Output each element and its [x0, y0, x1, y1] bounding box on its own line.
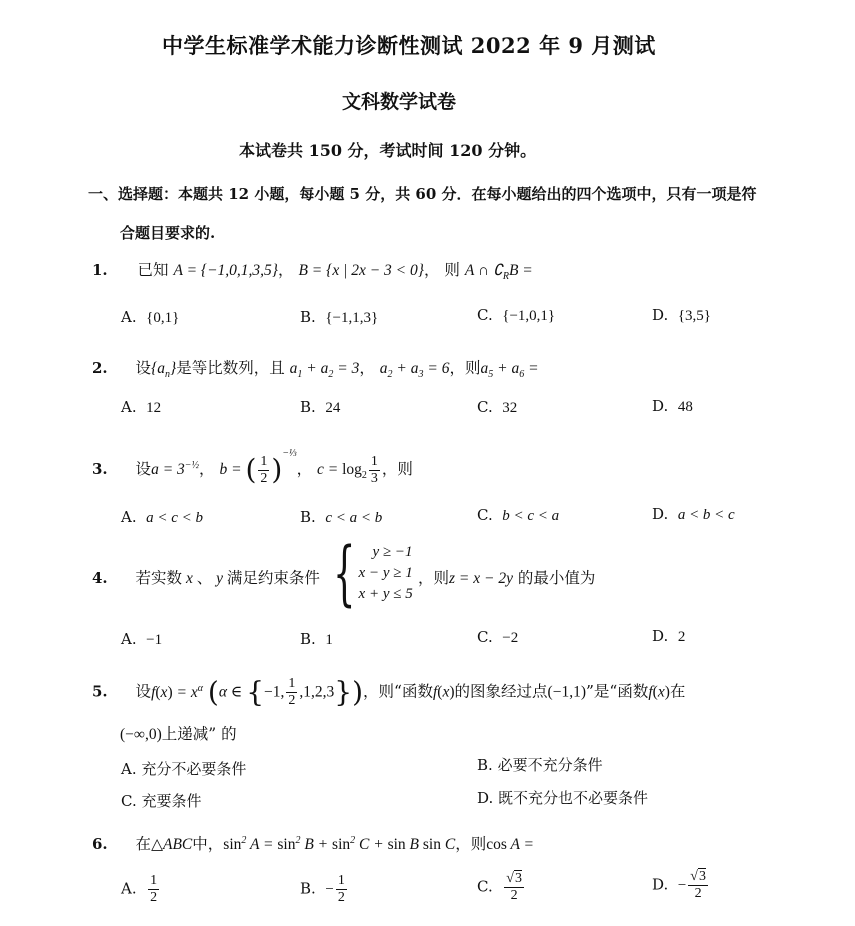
fraction: 12 — [286, 677, 297, 708]
brace-open: { — [246, 676, 264, 709]
set-b: B = {x | 2x − 3 < 0} — [298, 262, 424, 279]
q6-option-b[interactable]: B. −12 — [300, 874, 349, 905]
fraction: 12 — [258, 455, 269, 486]
q5-option-c[interactable]: C. 充要条件 — [121, 790, 202, 811]
option-label: C. — [477, 306, 493, 324]
q5-option-d[interactable]: D. 既不充分也不必要条件 — [477, 787, 648, 808]
constraint-2: x − y ≥ 1 — [359, 565, 413, 582]
condition-1: a1 + a2 = 3 — [290, 360, 360, 377]
question-number: 2. — [92, 359, 108, 377]
question-5: 5. 设f(x) = xα (α ∈ {−1,12,1,2,3})，则“函数f(… — [92, 677, 685, 708]
q1-option-a[interactable]: A. {0,1} — [121, 308, 179, 327]
option-label: A. — [121, 760, 137, 778]
stem-text: 满足约束条件 — [227, 569, 320, 587]
option-label: D. — [652, 505, 668, 523]
b-expr: b = — [219, 461, 245, 478]
option-label: B. — [300, 880, 316, 898]
option-label: C. — [477, 878, 493, 896]
brace-close: } — [334, 676, 352, 709]
q3-option-a[interactable]: A. a < c < b — [121, 508, 203, 527]
a-expr: a = 3−½ — [151, 461, 199, 478]
option-label: B. — [300, 630, 316, 648]
q1-option-c[interactable]: C. {−1,0,1} — [477, 306, 555, 325]
question-2: 2. 设{an}是等比数列，且 a1 + a2 = 3， a2 + a3 = 6… — [92, 356, 539, 380]
trig-equation: sin2 A = sin2 B + sin2 C + sin B sin C — [223, 836, 455, 853]
exam-subtitle: 文科数学试卷 — [342, 87, 456, 114]
constraint-1: y ≥ −1 — [359, 544, 413, 561]
stem-text: 则 — [465, 359, 481, 377]
question-4: 4. 若实数 x 、 y 满足约束条件 — [92, 566, 320, 588]
question-number: 4. — [92, 569, 108, 587]
stem-text: ，则 — [418, 569, 449, 587]
q1-option-d[interactable]: D. {3,5} — [652, 306, 711, 325]
option-label: D. — [652, 627, 668, 645]
option-label: D. — [477, 789, 493, 807]
q4-option-b[interactable]: B. 1 — [300, 630, 333, 649]
q5-option-a[interactable]: A. 充分不必要条件 — [121, 758, 246, 779]
paren-open: ( — [208, 676, 219, 709]
option-label: C. — [477, 506, 493, 524]
stem-text: 是等比数列，且 — [176, 359, 285, 377]
option-text: a < b < c — [678, 507, 735, 523]
stem-text: 在 — [136, 835, 152, 853]
stem-text: ，则 — [455, 835, 486, 853]
set-a: A = {−1,0,1,3,5} — [174, 262, 279, 279]
stem-text: 已知 — [138, 261, 169, 279]
option-text: {−1,0,1} — [502, 308, 555, 324]
option-text: {3,5} — [678, 308, 711, 324]
option-text: 32 — [502, 400, 517, 416]
stem-then: 则 — [444, 261, 460, 279]
option-label: C. — [121, 792, 137, 810]
stem-text: 若实数 — [136, 569, 183, 587]
q2-option-d[interactable]: D. 48 — [652, 397, 693, 416]
q6-option-c[interactable]: C. √32 — [477, 872, 526, 903]
exam-title: 中学生标准学术能力诊断性测试 2022 年 9 月测试 — [162, 30, 656, 60]
fraction: √32 — [504, 872, 524, 903]
left-brace: { — [333, 538, 355, 608]
option-label: A. — [121, 630, 137, 648]
question-number: 6. — [92, 835, 108, 853]
question-3: 3. 设a = 3−½， b = (12)−⅓， c = log213，则 — [92, 448, 413, 486]
c-expr: c = log2 — [317, 461, 367, 478]
section-heading-line1: 一、选择题：本题共 12 小题，每小题 5 分，共 60 分．在每小题给出的四个… — [88, 183, 757, 204]
sequence-expr: {an} — [151, 360, 176, 377]
option-text: 充分不必要条件 — [141, 760, 246, 778]
option-label: B. — [300, 308, 316, 326]
constraint-system: { y ≥ −1 x − y ≥ 1 x + y ≤ 5 — [322, 538, 413, 608]
q4-option-a[interactable]: A. −1 — [121, 630, 162, 649]
option-text: 48 — [678, 399, 693, 415]
q6-option-d[interactable]: D. −√32 — [652, 870, 710, 901]
stem-text: 的图象经过点 — [455, 683, 548, 701]
q1-option-b[interactable]: B. {−1,1,3} — [300, 308, 378, 327]
option-text: 充要条件 — [142, 792, 202, 810]
option-label: A. — [121, 398, 137, 416]
stem-text: 设 — [136, 359, 152, 377]
option-text: 2 — [678, 629, 686, 645]
option-label: A. — [121, 880, 137, 898]
option-label: D. — [652, 306, 668, 324]
question-6: 6. 在△ABC中，sin2 A = sin2 B + sin2 C + sin… — [92, 832, 534, 854]
section-heading-line2: 合题目要求的. — [120, 222, 215, 243]
option-text: a < c < b — [146, 510, 203, 526]
ask-tail: B = — [509, 262, 533, 279]
option-text: b < c < a — [502, 508, 559, 524]
q4-option-d[interactable]: D. 2 — [652, 627, 685, 646]
q3-option-d[interactable]: D. a < b < c — [652, 505, 735, 524]
stem-text: 的最小值为 — [518, 569, 596, 587]
option-text: 既不充分也不必要条件 — [498, 789, 648, 807]
alpha-domain: α ∈ — [219, 684, 246, 701]
fraction: 13 — [369, 455, 380, 486]
interval: (−∞,0) — [120, 726, 162, 743]
stem-text: ”是“函数 — [586, 683, 648, 701]
question-5-line2: (−∞,0)上递减” 的 — [120, 722, 237, 744]
paren-close: ) — [352, 676, 363, 709]
option-label: D. — [652, 876, 668, 894]
option-label: A. — [121, 508, 137, 526]
stem-text: 中， — [192, 835, 223, 853]
stem-text: 则 — [397, 460, 413, 478]
question-4-tail: ，则z = x − 2y 的最小值为 — [418, 566, 595, 588]
q4-option-c[interactable]: C. −2 — [477, 628, 518, 647]
option-text: {0,1} — [146, 310, 179, 326]
option-text: −2 — [502, 630, 518, 646]
option-label: C. — [477, 628, 493, 646]
q3-option-b[interactable]: B. c < a < b — [300, 508, 382, 527]
option-text: 24 — [325, 400, 340, 416]
ask-expr: a5 + a6 = — [481, 360, 539, 377]
option-text: 12 — [146, 400, 161, 416]
q3-option-c[interactable]: C. b < c < a — [477, 506, 559, 525]
stem-text: 设 — [136, 683, 152, 701]
option-text: c < a < b — [325, 510, 382, 526]
question-number: 5. — [92, 683, 108, 701]
option-text: 必要不充分条件 — [498, 756, 603, 774]
option-label: C. — [477, 398, 493, 416]
stem-text: 在 — [670, 683, 686, 701]
fraction: 12 — [336, 874, 347, 905]
condition-2: a2 + a3 = 6 — [380, 360, 450, 377]
q6-option-a[interactable]: A. 12 — [121, 874, 161, 905]
q2-option-a[interactable]: A. 12 — [121, 398, 161, 417]
constraint-3: x + y ≤ 5 — [359, 586, 413, 603]
stem-text: ，则“函数 — [363, 683, 433, 701]
option-text: 1 — [325, 632, 333, 648]
option-label: B. — [300, 398, 316, 416]
q2-option-c[interactable]: C. 32 — [477, 398, 517, 417]
q2-option-b[interactable]: B. 24 — [300, 398, 340, 417]
option-text: −1 — [146, 632, 162, 648]
option-label: D. — [652, 397, 668, 415]
option-label: A. — [121, 308, 137, 326]
paren-close: ) — [271, 453, 282, 486]
stem-text: 上递减” 的 — [162, 725, 237, 743]
stem-text: 、 — [197, 569, 213, 587]
exam-info: 本试卷共 150 分，考试时间 120 分钟。 — [239, 138, 536, 161]
option-label: B. — [300, 508, 316, 526]
option-text: {−1,1,3} — [325, 310, 378, 326]
stem-text: 设 — [136, 460, 152, 478]
objective-expr: z = x − 2y — [449, 570, 513, 587]
q5-option-b[interactable]: B. 必要不充分条件 — [477, 754, 603, 775]
question-number: 1. — [92, 261, 108, 279]
question-1: 1. 已知 A = {−1,0,1,3,5}， B = {x | 2x − 3 … — [92, 258, 533, 282]
question-number: 3. — [92, 460, 108, 478]
paren-open: ( — [245, 453, 256, 486]
function-def: f(x) = xα — [151, 684, 203, 701]
fraction: √32 — [688, 870, 708, 901]
fraction: 12 — [148, 874, 159, 905]
ask-expr: A ∩ ∁ — [465, 262, 503, 279]
option-label: B. — [477, 756, 493, 774]
